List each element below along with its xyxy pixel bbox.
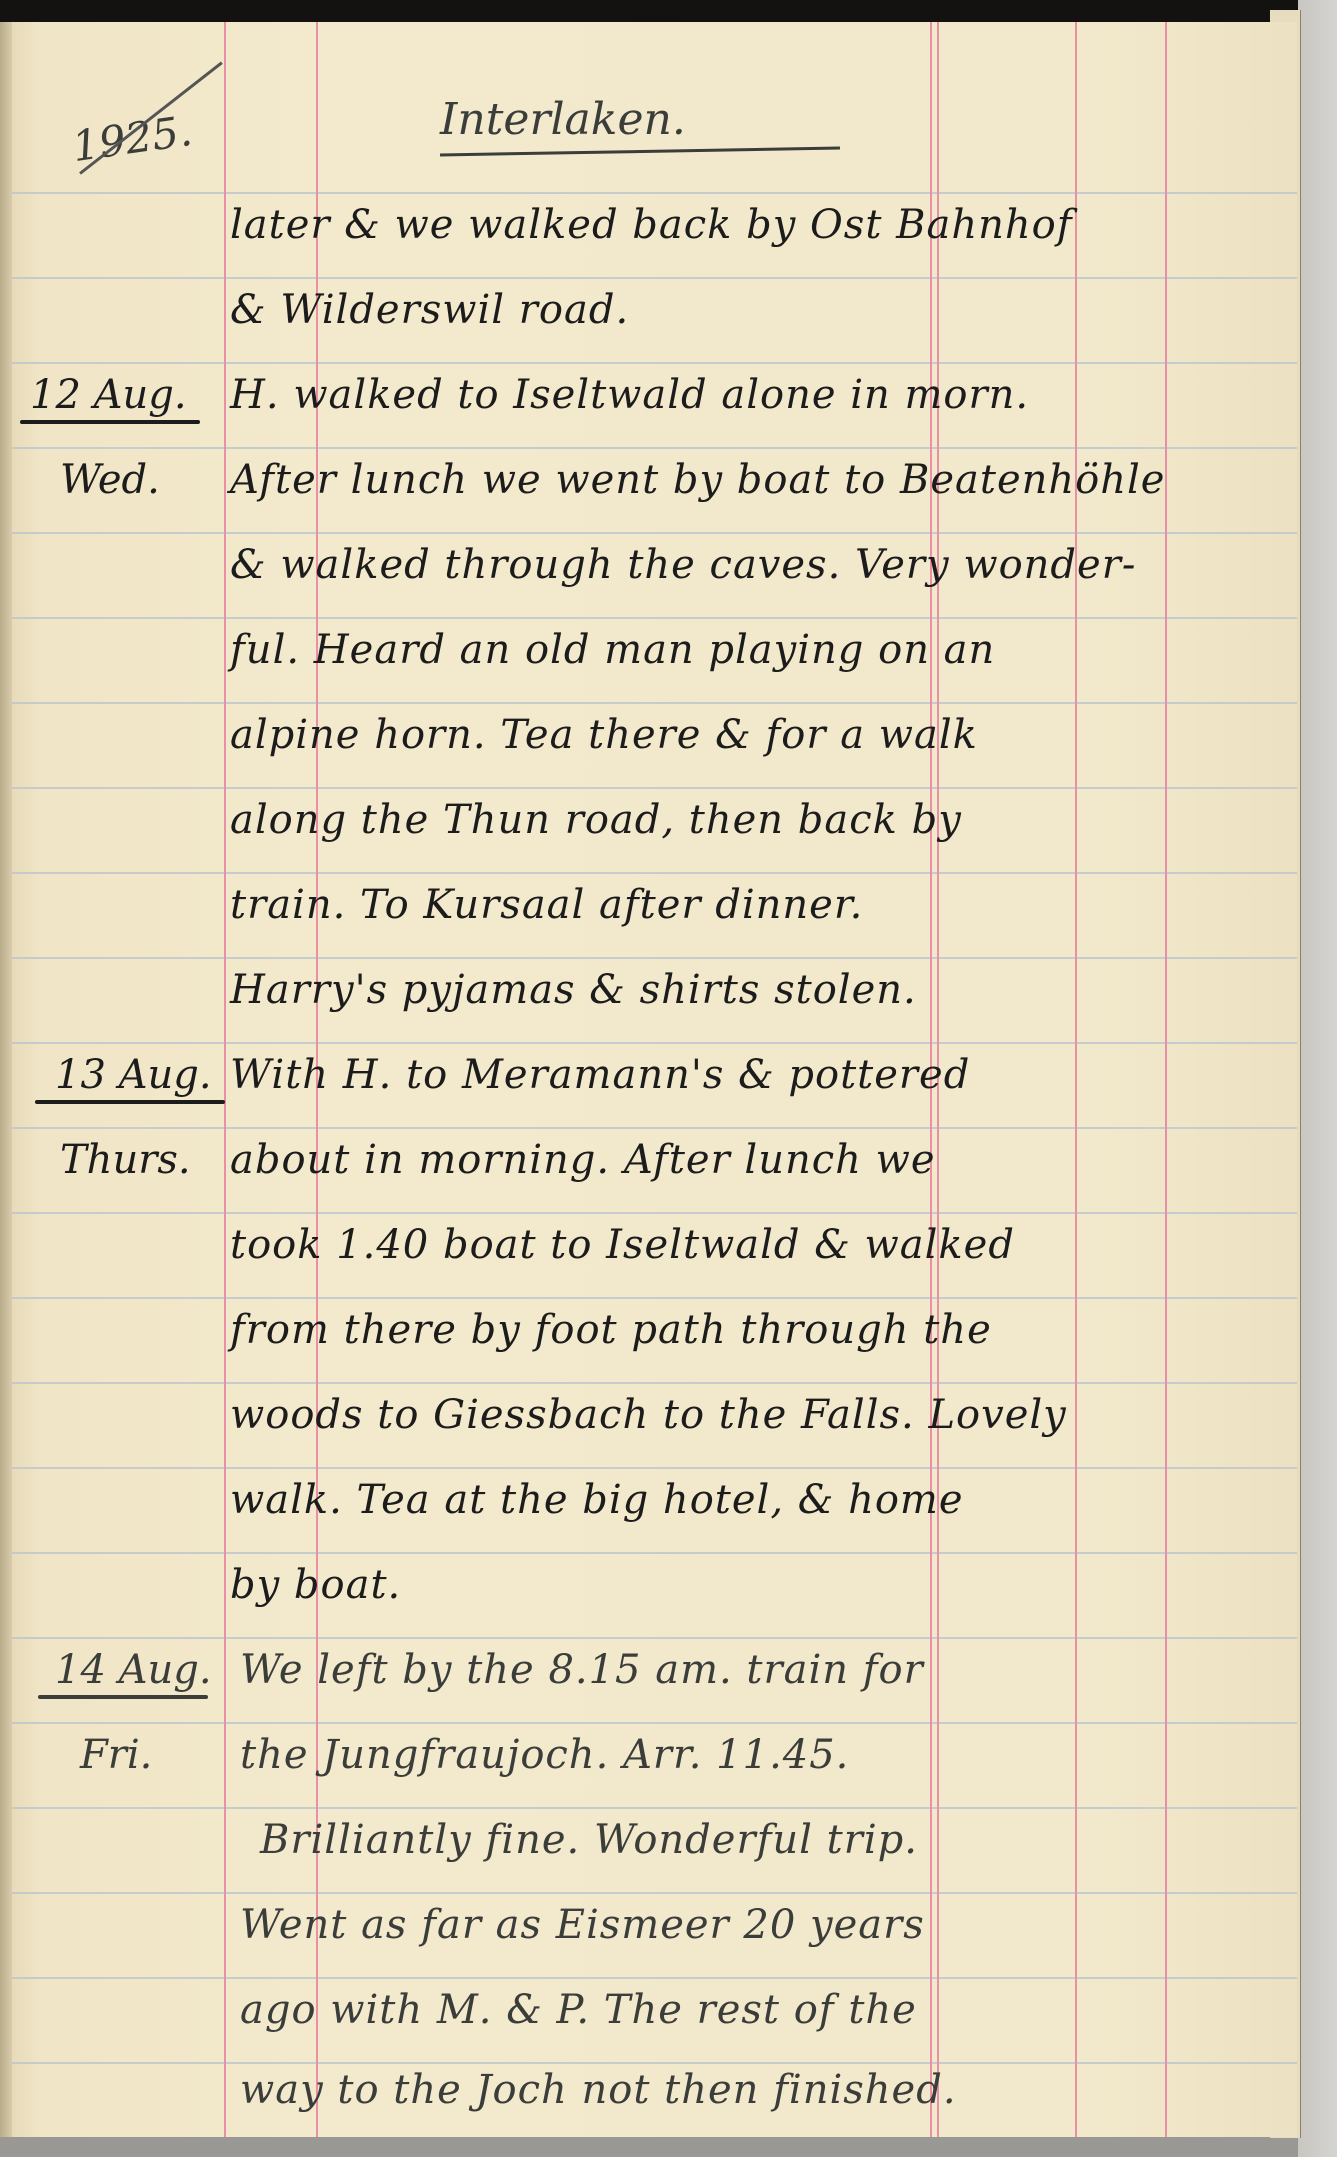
date-underline	[35, 1100, 225, 1104]
text-line: & Wilderswil road.	[230, 287, 629, 333]
ruled-line	[12, 362, 1297, 364]
ruled-line	[12, 787, 1297, 789]
ruled-line	[12, 1297, 1297, 1299]
title-underline	[440, 147, 840, 157]
scan-background	[1298, 0, 1337, 2157]
ruled-line	[12, 1637, 1297, 1639]
date-underline	[38, 1695, 208, 1699]
entry-date: 14 Aug.	[55, 1647, 212, 1693]
notebook-cover-edge	[0, 0, 1337, 22]
ruled-line	[12, 532, 1297, 534]
text-line: Went as far as Eismeer 20 years	[240, 1902, 925, 1948]
text-line: took 1.40 boat to Iseltwald & walked	[230, 1222, 1015, 1268]
binding-edge	[0, 22, 12, 2137]
margin-rule	[1165, 22, 1167, 2137]
text-line: Brilliantly fine. Wonderful trip.	[260, 1817, 918, 1863]
text-line: train. To Kursaal after dinner.	[230, 882, 863, 928]
text-line: later & we walked back by Ost Bahnhof	[230, 202, 1073, 248]
entry-weekday: Fri.	[80, 1732, 152, 1778]
margin-rule	[224, 22, 226, 2137]
ruled-line	[12, 1722, 1297, 1724]
ruled-line	[12, 1892, 1297, 1894]
ruled-line	[12, 1807, 1297, 1809]
ruled-line	[12, 1042, 1297, 1044]
ruled-line	[12, 617, 1297, 619]
entry-weekday: Wed.	[60, 457, 160, 503]
ruled-line	[12, 702, 1297, 704]
text-line: by boat.	[230, 1562, 401, 1608]
year-label: 1925.	[69, 106, 195, 171]
ruled-line	[12, 872, 1297, 874]
ruled-line	[12, 192, 1297, 194]
page-title: Interlaken.	[440, 94, 686, 145]
text-line: H. walked to Iseltwald alone in morn.	[230, 372, 1029, 418]
entry-weekday: Thurs.	[60, 1137, 191, 1183]
ruled-line	[12, 957, 1297, 959]
entry-date: 13 Aug.	[55, 1052, 212, 1098]
ruled-line	[12, 1127, 1297, 1129]
text-line: the Jungfraujoch. Arr. 11.45.	[240, 1732, 849, 1778]
text-line: from there by foot path through the	[230, 1307, 992, 1353]
text-line: ful. Heard an old man playing on an	[230, 627, 995, 673]
margin-rule	[1075, 22, 1077, 2137]
text-line: woods to Giessbach to the Falls. Lovely	[230, 1392, 1067, 1438]
text-line: along the Thun road, then back by	[230, 797, 962, 843]
ruled-line	[12, 1977, 1297, 1979]
text-line: After lunch we went by boat to Beatenhöh…	[230, 457, 1165, 503]
text-line: walk. Tea at the big hotel, & home	[230, 1477, 964, 1523]
date-underline	[20, 420, 200, 424]
text-line: & walked through the caves. Very wonder-	[230, 542, 1136, 588]
notebook-page: 1925. Interlaken. later & we walked back…	[0, 22, 1297, 2137]
ruled-line	[12, 277, 1297, 279]
text-line: With H. to Meramann's & pottered	[230, 1052, 970, 1098]
text-line: Harry's pyjamas & shirts stolen.	[230, 967, 917, 1013]
ruled-line	[12, 447, 1297, 449]
ruled-line	[12, 2062, 1297, 2064]
entry-date: 12 Aug.	[30, 372, 187, 418]
text-line: alpine horn. Tea there & for a walk	[230, 712, 978, 758]
text-line: ago with M. & P. The rest of the	[240, 1987, 917, 2033]
ruled-line	[12, 1212, 1297, 1214]
text-line: way to the Joch not then finished.	[240, 2067, 957, 2113]
text-line: about in morning. After lunch we	[230, 1137, 936, 1183]
ruled-line	[12, 1552, 1297, 1554]
ruled-line	[12, 1467, 1297, 1469]
text-line: We left by the 8.15 am. train for	[240, 1647, 924, 1693]
ruled-line	[12, 1382, 1297, 1384]
